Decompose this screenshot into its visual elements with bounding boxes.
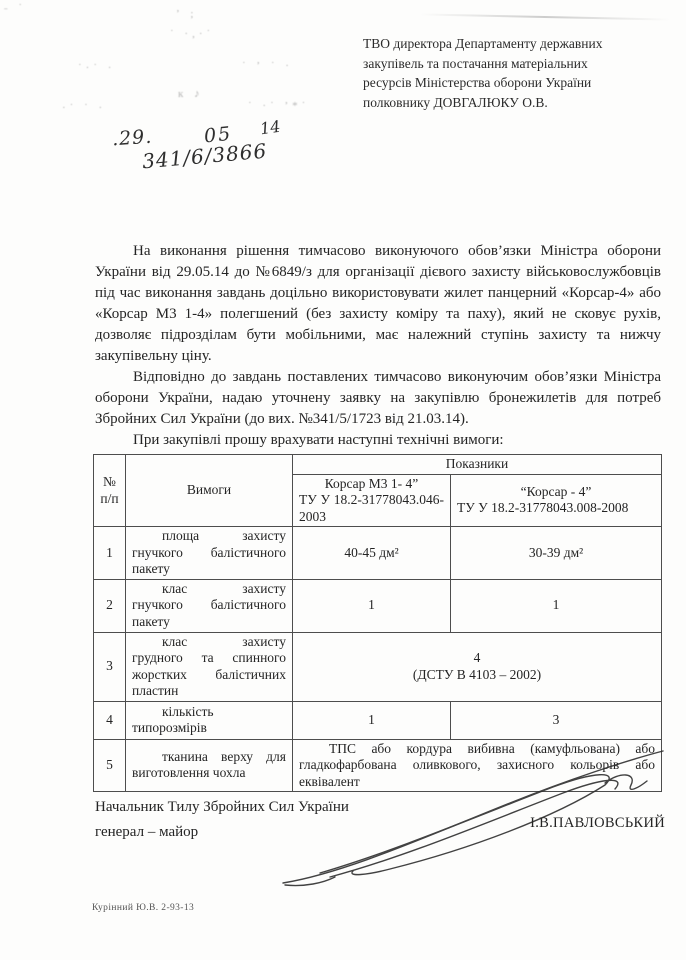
num-header-line1: № xyxy=(100,474,119,491)
table-header-row: № п/п Вимоги Показники xyxy=(94,455,662,475)
table-row: 1 площа захисту гнучкого балістичного па… xyxy=(94,527,662,580)
korsar-4-name: “Корсар - 4” xyxy=(457,484,655,501)
stamp-fragment: ·˙ ˙ · xyxy=(62,102,106,114)
stamp-fragment: ˗ ˙ xyxy=(4,2,26,14)
row-number: 4 xyxy=(94,701,126,739)
value-m3: 40-45 дм² xyxy=(293,527,451,580)
stamp-fragment: ˙ ʼ ˙ · xyxy=(242,60,293,72)
paragraph-1: На виконання рішення тимчасово виконуючо… xyxy=(95,241,661,367)
stamp-fragment: ˙ ·˙ ʼ*˙ xyxy=(248,100,309,112)
scanned-document-page: ʼ ; ˙ ·,·˙ ˙·˙ · ˙ ʼ ˙ · к ♪ ·˙ ˙ · ˙ ·˙… xyxy=(0,0,686,960)
value-k4: 3 xyxy=(451,701,662,739)
table-row: 2 клас захисту гнучкого балістичного пак… xyxy=(94,579,662,632)
korsar-m3-header-cell: Корсар М3 1- 4” ТУ У 18.2-31778043.046-2… xyxy=(293,474,451,527)
signatory-name: І.В.ПАВЛОВСЬКИЙ xyxy=(500,815,665,832)
requirement-text: клас захисту грудного та спинного жорстк… xyxy=(126,632,293,701)
table-row: 3 клас захисту грудного та спинного жорс… xyxy=(94,632,662,701)
stamp-fragment: ʼ ; xyxy=(176,8,197,20)
korsar-m3-tu: ТУ У 18.2-31778043.046-2003 xyxy=(299,492,444,525)
signatory-position-line1: Начальник Тилу Збройних Сил України xyxy=(95,795,349,820)
row-number: 5 xyxy=(94,739,126,792)
num-header-cell: № п/п xyxy=(94,455,126,527)
value-m3: 1 xyxy=(293,579,451,632)
stamp-fragment: к ♪ xyxy=(178,88,204,100)
technical-requirements-table: № п/п Вимоги Показники Корсар М3 1- 4” Т… xyxy=(93,454,662,792)
row-number: 1 xyxy=(94,527,126,580)
korsar-4-tu: ТУ У 18.2-31778043.008-2008 xyxy=(457,500,655,517)
stamp-fragment: ˙ ·,·˙ xyxy=(170,28,214,40)
num-header-line2: п/п xyxy=(100,491,119,508)
signatory-position-line2: генерал – майор xyxy=(95,820,349,845)
handwritten-day: .29. xyxy=(111,126,153,151)
korsar-4-header-cell: “Корсар - 4” ТУ У 18.2-31778043.008-2008 xyxy=(451,474,662,527)
scan-artifact-line xyxy=(420,13,670,20)
korsar-m3-name: Корсар М3 1- 4” xyxy=(299,476,444,493)
handwritten-year: 14 xyxy=(259,117,282,139)
recipient-line: закупівель та постачання матеріальних xyxy=(363,54,663,74)
row-number: 3 xyxy=(94,632,126,701)
letter-body: На виконання рішення тимчасово виконуючо… xyxy=(95,241,661,451)
merged-value: ТПС або кордура вибивна (камуфльована) а… xyxy=(293,739,662,792)
requirement-text: клас захисту гнучкого балістичного пакет… xyxy=(126,579,293,632)
value-m3: 1 xyxy=(293,701,451,739)
recipient-line: ресурсів Міністерства оборони України xyxy=(363,73,663,93)
value-k4: 30-39 дм² xyxy=(451,527,662,580)
requirement-text: кількість типорозмірів xyxy=(126,701,293,739)
recipient-line: полковнику ДОВГАЛЮКУ О.В. xyxy=(363,93,663,113)
paragraph-2: Відповідно до завдань поставлених тимчас… xyxy=(95,367,661,430)
indicators-header-cell: Показники xyxy=(293,455,662,475)
executor-footer: Курінний Ю.В. 2-93-13 xyxy=(92,903,194,913)
handwritten-registration-number: 341/6/3866 xyxy=(141,139,268,174)
merged-value-line1: 4 xyxy=(299,650,655,667)
recipient-block: ТВО директора Департаменту державних зак… xyxy=(363,34,663,112)
signatory-position: Начальник Тилу Збройних Сил України гене… xyxy=(95,795,349,845)
merged-value: 4 (ДСТУ В 4103 – 2002) xyxy=(293,632,662,701)
table-row: 4 кількість типорозмірів 1 3 xyxy=(94,701,662,739)
stamp-fragment: ˙·˙ · xyxy=(78,62,115,74)
requirement-text: площа захисту гнучкого балістичного паке… xyxy=(126,527,293,580)
value-k4: 1 xyxy=(451,579,662,632)
requirement-text: тканина верху для виготовлення чохла xyxy=(126,739,293,792)
table-row: 5 тканина верху для виготовлення чохла Т… xyxy=(94,739,662,792)
merged-value-line2: (ДСТУ В 4103 – 2002) xyxy=(299,667,655,684)
requirements-header-cell: Вимоги xyxy=(126,455,293,527)
row-number: 2 xyxy=(94,579,126,632)
paragraph-3: При закупівлі прошу врахувати наступні т… xyxy=(95,430,661,451)
recipient-line: ТВО директора Департаменту державних xyxy=(363,34,663,54)
